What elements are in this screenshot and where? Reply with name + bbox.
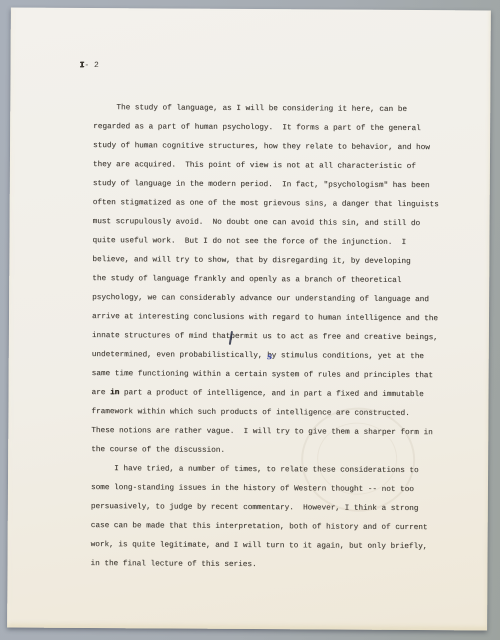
stamp-watermark-inner-ring [317, 422, 397, 494]
text-line: psychology, we can considerably advance … [92, 289, 462, 310]
text-line: arrive at interesting conclusions with r… [92, 308, 462, 329]
text-line: regarded as a part of human psychology. … [93, 118, 463, 139]
text-line: innate structures of mind thatpermit us … [92, 327, 462, 348]
text-line: study of human cognitive structures, how… [93, 137, 463, 158]
text-line: study of language in the modern period. … [93, 175, 463, 196]
text-line: same time functioning within a certain s… [92, 365, 462, 386]
text-line: framework within which such products of … [91, 403, 461, 424]
typescript-text-block: The study of language, as I will be cons… [90, 99, 463, 576]
document-page: I- 2 The study of language, as I will be… [7, 8, 491, 631]
text-line: often stigmatized as one of the most gri… [93, 194, 463, 215]
stamp-watermark [301, 407, 416, 512]
page-number: I- 2 [80, 60, 99, 72]
text-line: work, is quite legitimate, and I will tu… [91, 536, 461, 557]
text-line: quite useful work. But I do not see the … [92, 232, 462, 253]
text-line: must scrupulously avoid. No doubt one ca… [93, 213, 463, 234]
text-line: believe, and will try to show, that by d… [92, 251, 462, 272]
page-number-rest: - 2 [84, 61, 98, 70]
text-line: are in part a product of intelligence, a… [91, 384, 461, 405]
text-line: they are acquired. This point of view is… [93, 156, 463, 177]
text-lines: The study of language, as I will be cons… [90, 99, 463, 576]
text-line: The study of language, as I will be cons… [93, 99, 463, 120]
text-line: case can be made that this interpretatio… [91, 517, 461, 538]
text-line: the study of language frankly and openly… [92, 270, 462, 291]
text-line: in the final lecture of this series. [90, 555, 460, 576]
overstruck-word: in [110, 384, 119, 403]
text-line: persuasively, to judge by recent comment… [91, 498, 461, 519]
text-line: undetermined, even probabilistically, by… [92, 346, 462, 367]
handwritten-correction-letter: s [267, 353, 272, 362]
scanned-document-screenshot: { "document": { "page_number": { "volume… [0, 0, 500, 640]
